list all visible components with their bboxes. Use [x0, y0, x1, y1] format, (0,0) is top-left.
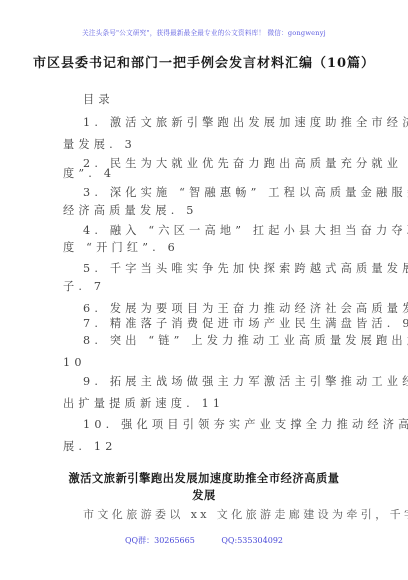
toc-item-3-cont: 经济高质量发展. 5 — [63, 204, 198, 218]
toc-item-2-cont: 度”. 4 — [63, 167, 115, 181]
document-title: 市区县委书记和部门一把手例会发言材料汇编（10篇） — [0, 52, 408, 71]
section-title-cont: 发展 — [0, 487, 408, 503]
toc-item-10-cont: 展. 12 — [63, 440, 117, 454]
header-watermark: 关注头条号"公文研究"，获得最新最全最专业的公文资料库！ 微信：gongweny… — [0, 27, 408, 37]
toc-item-3: 3. 深化实施 “智融惠畅” 工程以高质量金融服务助推 — [83, 186, 408, 200]
toc-item-2: 2. 民生为大就业优先奋力跑出高质量充分就业 “加速 — [83, 157, 408, 171]
toc-item-1: 1. 激活文旅新引擎跑出发展加速度助推全市经济高质 — [83, 116, 408, 130]
footer-qq-group: QQ群：30265665 — [125, 536, 195, 545]
toc-item-8-cont: 10 — [63, 356, 86, 370]
body-paragraph: 市文化旅游委以 xx 文化旅游走廊建设为牵引，千字当 — [83, 506, 408, 522]
toc-item-1-cont: 量发展. 3 — [63, 138, 136, 152]
toc-item-9-cont: 出扩量提质新速度. 11 — [63, 397, 224, 411]
footer-qq: QQ:535304092 — [221, 536, 283, 545]
toc-item-7: 7. 精准落子消费促进市场产业民生满盘皆活. 9 — [83, 317, 408, 331]
toc-item-10: 10. 强化项目引领夯实产业支撑全力推动经济高质量发 — [83, 418, 408, 432]
toc-item-9: 9. 拓展主战场做强主力军激活主引擎推动工业经济跑 — [83, 375, 408, 389]
toc-item-6: 6. 发展为要项目为王奋力推动经济社会高质量发展. 8 — [83, 302, 408, 316]
footer-contact: QQ群：30265665 QQ:535304092 — [0, 535, 408, 546]
toc-item-5-cont: 子. 7 — [63, 280, 105, 294]
toc-item-4: 4. 融入 “六区一高地” 扛起小县大担当奋力夺取一季 — [83, 224, 408, 238]
toc-item-8: 8. 突出 “链” 上发力推动工业高质量发展跑出加速度. — [83, 334, 408, 348]
toc-item-4-cont: 度 “开门红”. 6 — [63, 241, 179, 255]
toc-item-5: 5. 千字当头唯实争先加快探索跨越式高质量发展新路 — [83, 262, 408, 276]
section-title: 激活文旅新引擎跑出发展加速度助推全市经济高质量 — [0, 470, 408, 486]
toc-heading: 目录 — [83, 93, 114, 107]
